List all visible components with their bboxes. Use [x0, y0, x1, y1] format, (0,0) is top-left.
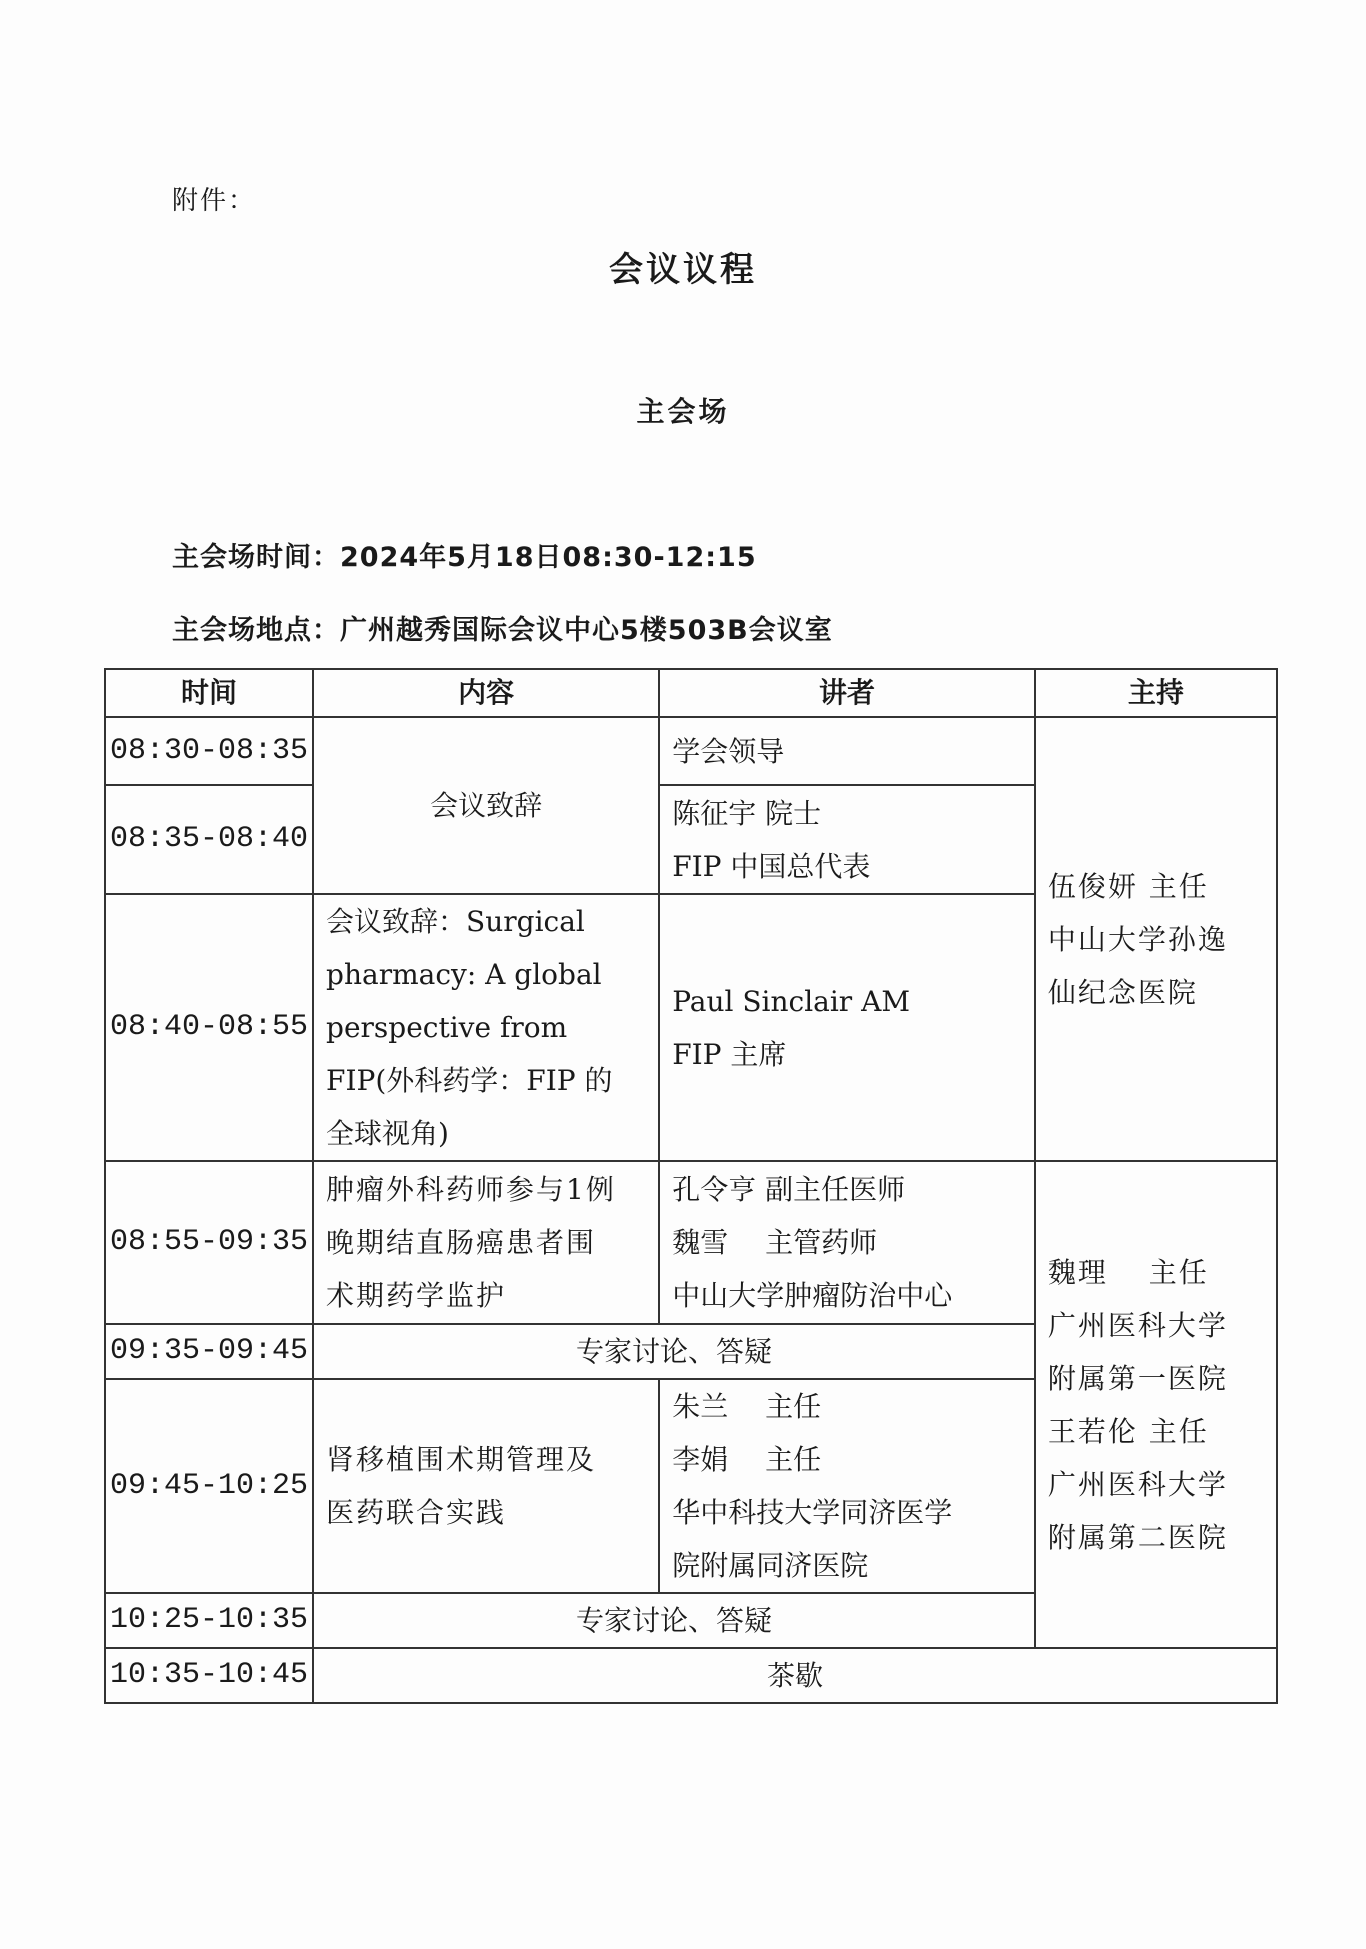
time-cell: 10:25-10:35	[105, 1593, 313, 1648]
speaker-line: FIP 中国总代表	[672, 840, 1022, 893]
content-line: 医药联合实践	[326, 1486, 646, 1539]
host-line: 中山大学孙逸	[1048, 913, 1264, 966]
content-line: 肾移植围术期管理及	[326, 1433, 646, 1486]
content-line: 会议致辞：Surgical	[326, 895, 646, 948]
speaker-line: 中山大学肿瘤防治中心	[672, 1269, 1022, 1322]
speaker-line: Paul Sinclair AM	[672, 975, 1022, 1028]
time-cell: 09:35-09:45	[105, 1324, 313, 1379]
table-row: 10:35-10:45 茶歇	[105, 1648, 1277, 1703]
speaker-cell: 学会领导	[659, 717, 1035, 785]
speaker-line: 孔令亨 副主任医师	[672, 1163, 1022, 1216]
host-line: 王若伦 主任	[1048, 1405, 1264, 1458]
host-cell: 伍俊妍 主任 中山大学孙逸 仙纪念医院	[1035, 717, 1277, 1161]
table-header-row: 时间 内容 讲者 主持	[105, 669, 1277, 717]
speaker-line: 朱兰 主任	[672, 1380, 1022, 1433]
speaker-cell: Paul Sinclair AM FIP 主席	[659, 894, 1035, 1161]
host-line: 伍俊妍 主任	[1048, 860, 1264, 913]
time-cell: 08:30-08:35	[105, 717, 313, 785]
host-cell: 魏理 主任 广州医科大学 附属第一医院 王若伦 主任 广州医科大学 附属第二医院	[1035, 1161, 1277, 1648]
content-cell: 肿瘤外科药师参与1例 晚期结直肠癌患者围 术期药学监护	[313, 1161, 659, 1324]
speaker-cell: 孔令亨 副主任医师 魏雪 主管药师 中山大学肿瘤防治中心	[659, 1161, 1035, 1324]
speaker-line: 华中科技大学同济医学	[672, 1486, 1022, 1539]
content-line: pharmacy: A global	[326, 948, 646, 1001]
speaker-cell: 陈征宇 院士 FIP 中国总代表	[659, 785, 1035, 894]
content-line: FIP(外科药学：FIP 的	[326, 1054, 646, 1107]
speaker-line: 陈征宇 院士	[672, 787, 1022, 840]
content-cell: 专家讨论、答疑	[313, 1593, 1035, 1648]
host-line: 附属第一医院	[1048, 1352, 1264, 1405]
host-line: 附属第二医院	[1048, 1511, 1264, 1564]
table-row: 08:55-09:35 肿瘤外科药师参与1例 晚期结直肠癌患者围 术期药学监护 …	[105, 1161, 1277, 1324]
content-line: 肿瘤外科药师参与1例	[326, 1163, 646, 1216]
content-cell: 专家讨论、答疑	[313, 1324, 1035, 1379]
header-speaker: 讲者	[659, 669, 1035, 717]
content-cell: 会议致辞：Surgical pharmacy: A global perspec…	[313, 894, 659, 1161]
header-host: 主持	[1035, 669, 1277, 717]
time-cell: 08:55-09:35	[105, 1161, 313, 1324]
page-title: 会议议程	[0, 242, 1366, 291]
header-time: 时间	[105, 669, 313, 717]
speaker-line: 魏雪 主管药师	[672, 1216, 1022, 1269]
section-title: 主会场	[0, 390, 1366, 430]
content-cell: 会议致辞	[313, 717, 659, 894]
speaker-line: 院附属同济医院	[672, 1539, 1022, 1592]
venue-time: 主会场时间：2024年5月18日08:30-12:15	[172, 535, 757, 574]
speaker-line: FIP 主席	[672, 1028, 1022, 1081]
speaker-cell: 朱兰 主任 李娟 主任 华中科技大学同济医学 院附属同济医院	[659, 1379, 1035, 1593]
venue-location: 主会场地点：广州越秀国际会议中心5楼503B会议室	[172, 608, 833, 647]
content-line: 术期药学监护	[326, 1269, 646, 1322]
content-cell: 肾移植围术期管理及 医药联合实践	[313, 1379, 659, 1593]
header-content: 内容	[313, 669, 659, 717]
table-row: 08:30-08:35 会议致辞 学会领导 伍俊妍 主任 中山大学孙逸 仙纪念医…	[105, 717, 1277, 785]
speaker-line: 李娟 主任	[672, 1433, 1022, 1486]
time-cell: 08:40-08:55	[105, 894, 313, 1161]
host-line: 广州医科大学	[1048, 1458, 1264, 1511]
attachment-label: 附件：	[172, 180, 256, 217]
content-line: 晚期结直肠癌患者围	[326, 1216, 646, 1269]
host-line: 魏理 主任	[1048, 1246, 1264, 1299]
host-line: 仙纪念医院	[1048, 966, 1264, 1019]
content-line: perspective from	[326, 1001, 646, 1054]
time-cell: 08:35-08:40	[105, 785, 313, 894]
time-cell: 10:35-10:45	[105, 1648, 313, 1703]
content-cell: 茶歇	[313, 1648, 1277, 1703]
host-line: 广州医科大学	[1048, 1299, 1264, 1352]
content-line: 全球视角)	[326, 1107, 646, 1160]
time-cell: 09:45-10:25	[105, 1379, 313, 1593]
agenda-table: 时间 内容 讲者 主持 08:30-08:35 会议致辞 学会领导 伍俊妍 主任…	[104, 668, 1278, 1704]
